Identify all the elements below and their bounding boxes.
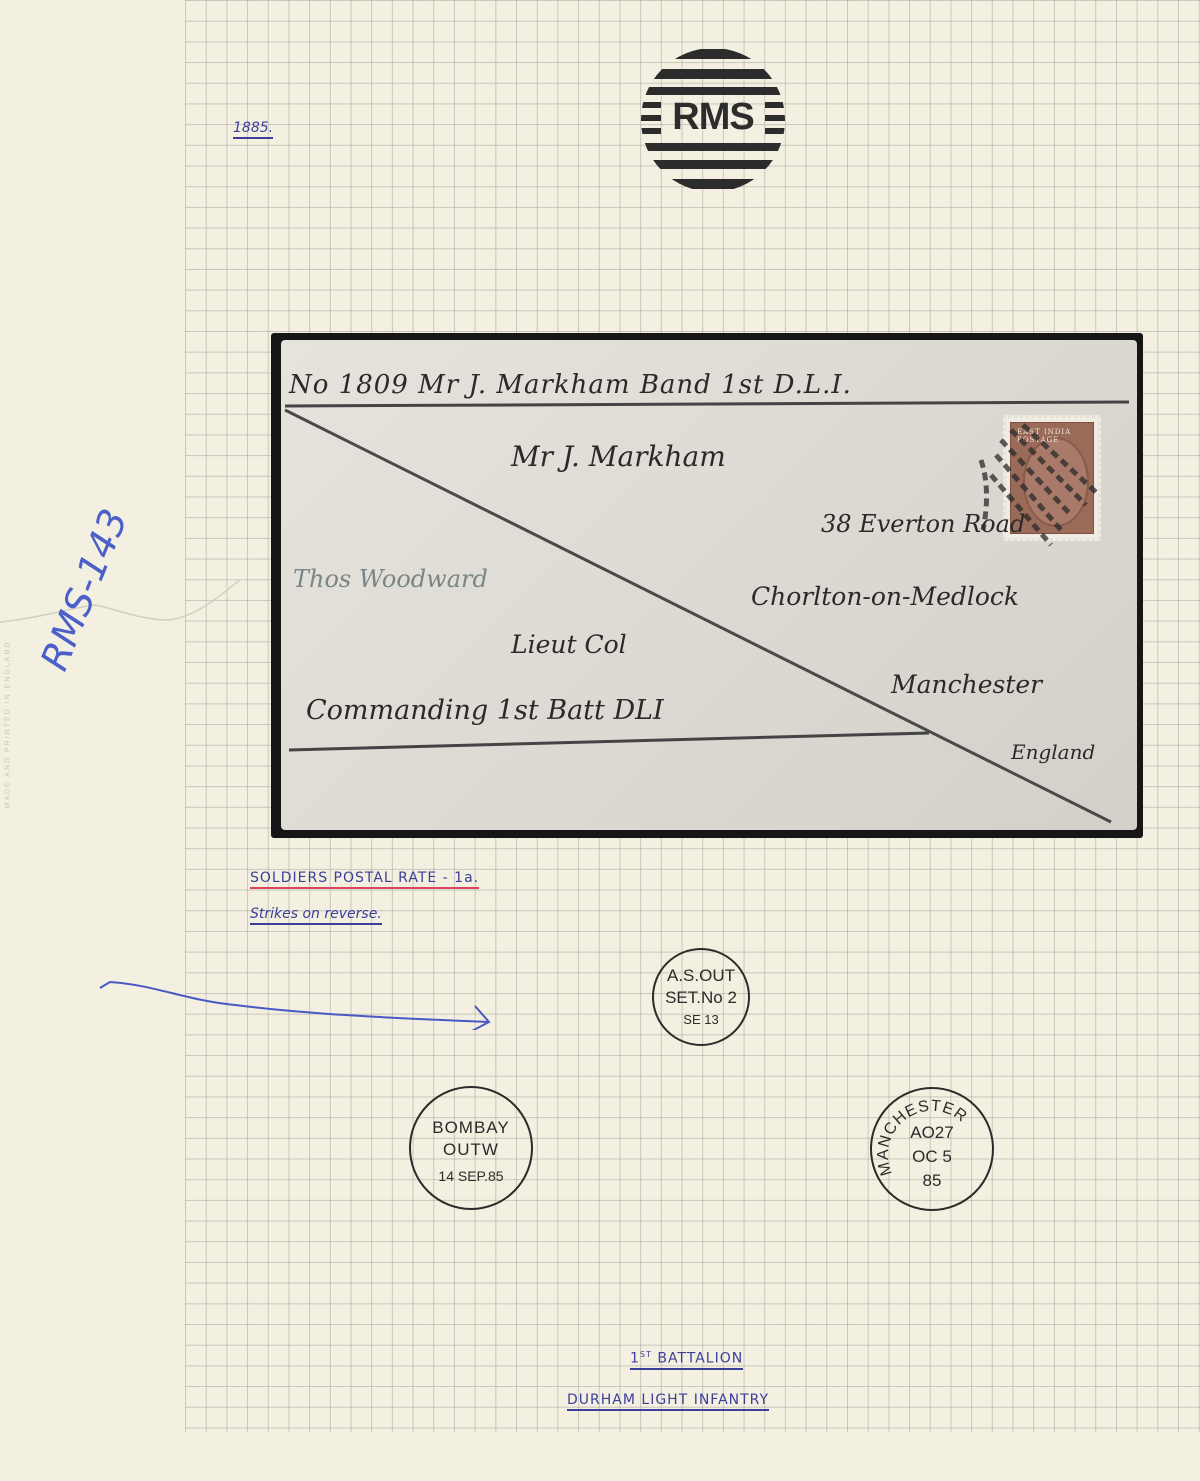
address-city: Manchester — [891, 670, 1042, 699]
address-country: England — [1011, 740, 1095, 764]
address-town: Chorlton-on-Medlock — [751, 582, 1019, 611]
countersign-unit: Commanding 1st Batt DLI — [306, 695, 664, 726]
strikes-note: Strikes on reverse. — [250, 906, 382, 925]
envelope-cover: No 1809 Mr J. Markham Band 1st D.L.I. EA… — [281, 340, 1137, 830]
sender-line: No 1809 Mr J. Markham Band 1st D.L.I. — [289, 370, 852, 400]
numeral-obliterator-icon — [961, 420, 1111, 560]
rms-cancel-text: RMS — [661, 96, 765, 139]
address-name: Mr J. Markham — [511, 440, 726, 473]
countersign-name: Thos Woodward — [293, 565, 488, 593]
regiment-caption: DURHAM LIGHT INFANTRY — [567, 1392, 769, 1411]
battalion-caption: 1ST BATTALION — [630, 1350, 743, 1370]
postmark-bombay: BOMBAY OUTW 14 SEP.85 — [409, 1086, 533, 1210]
postmark-manchester: MANCHESTER AO27 OC 5 85 — [870, 1087, 994, 1211]
year-heading: 1885. — [233, 120, 273, 139]
postmark-sea-post-office: A.S.OUT SET.No 2 SE 13 — [652, 948, 750, 1046]
countersign-rank: Lieut Col — [511, 630, 627, 659]
arrow-icon — [95, 970, 495, 1030]
address-street: 38 Everton Road — [821, 510, 1025, 538]
postal-rate-note: SOLDIERS POSTAL RATE - 1a. — [250, 870, 479, 889]
album-page: MADE AND PRINTED IN ENGLAND 1885. RMS — [0, 0, 1200, 1481]
paper-crease — [0, 560, 240, 690]
